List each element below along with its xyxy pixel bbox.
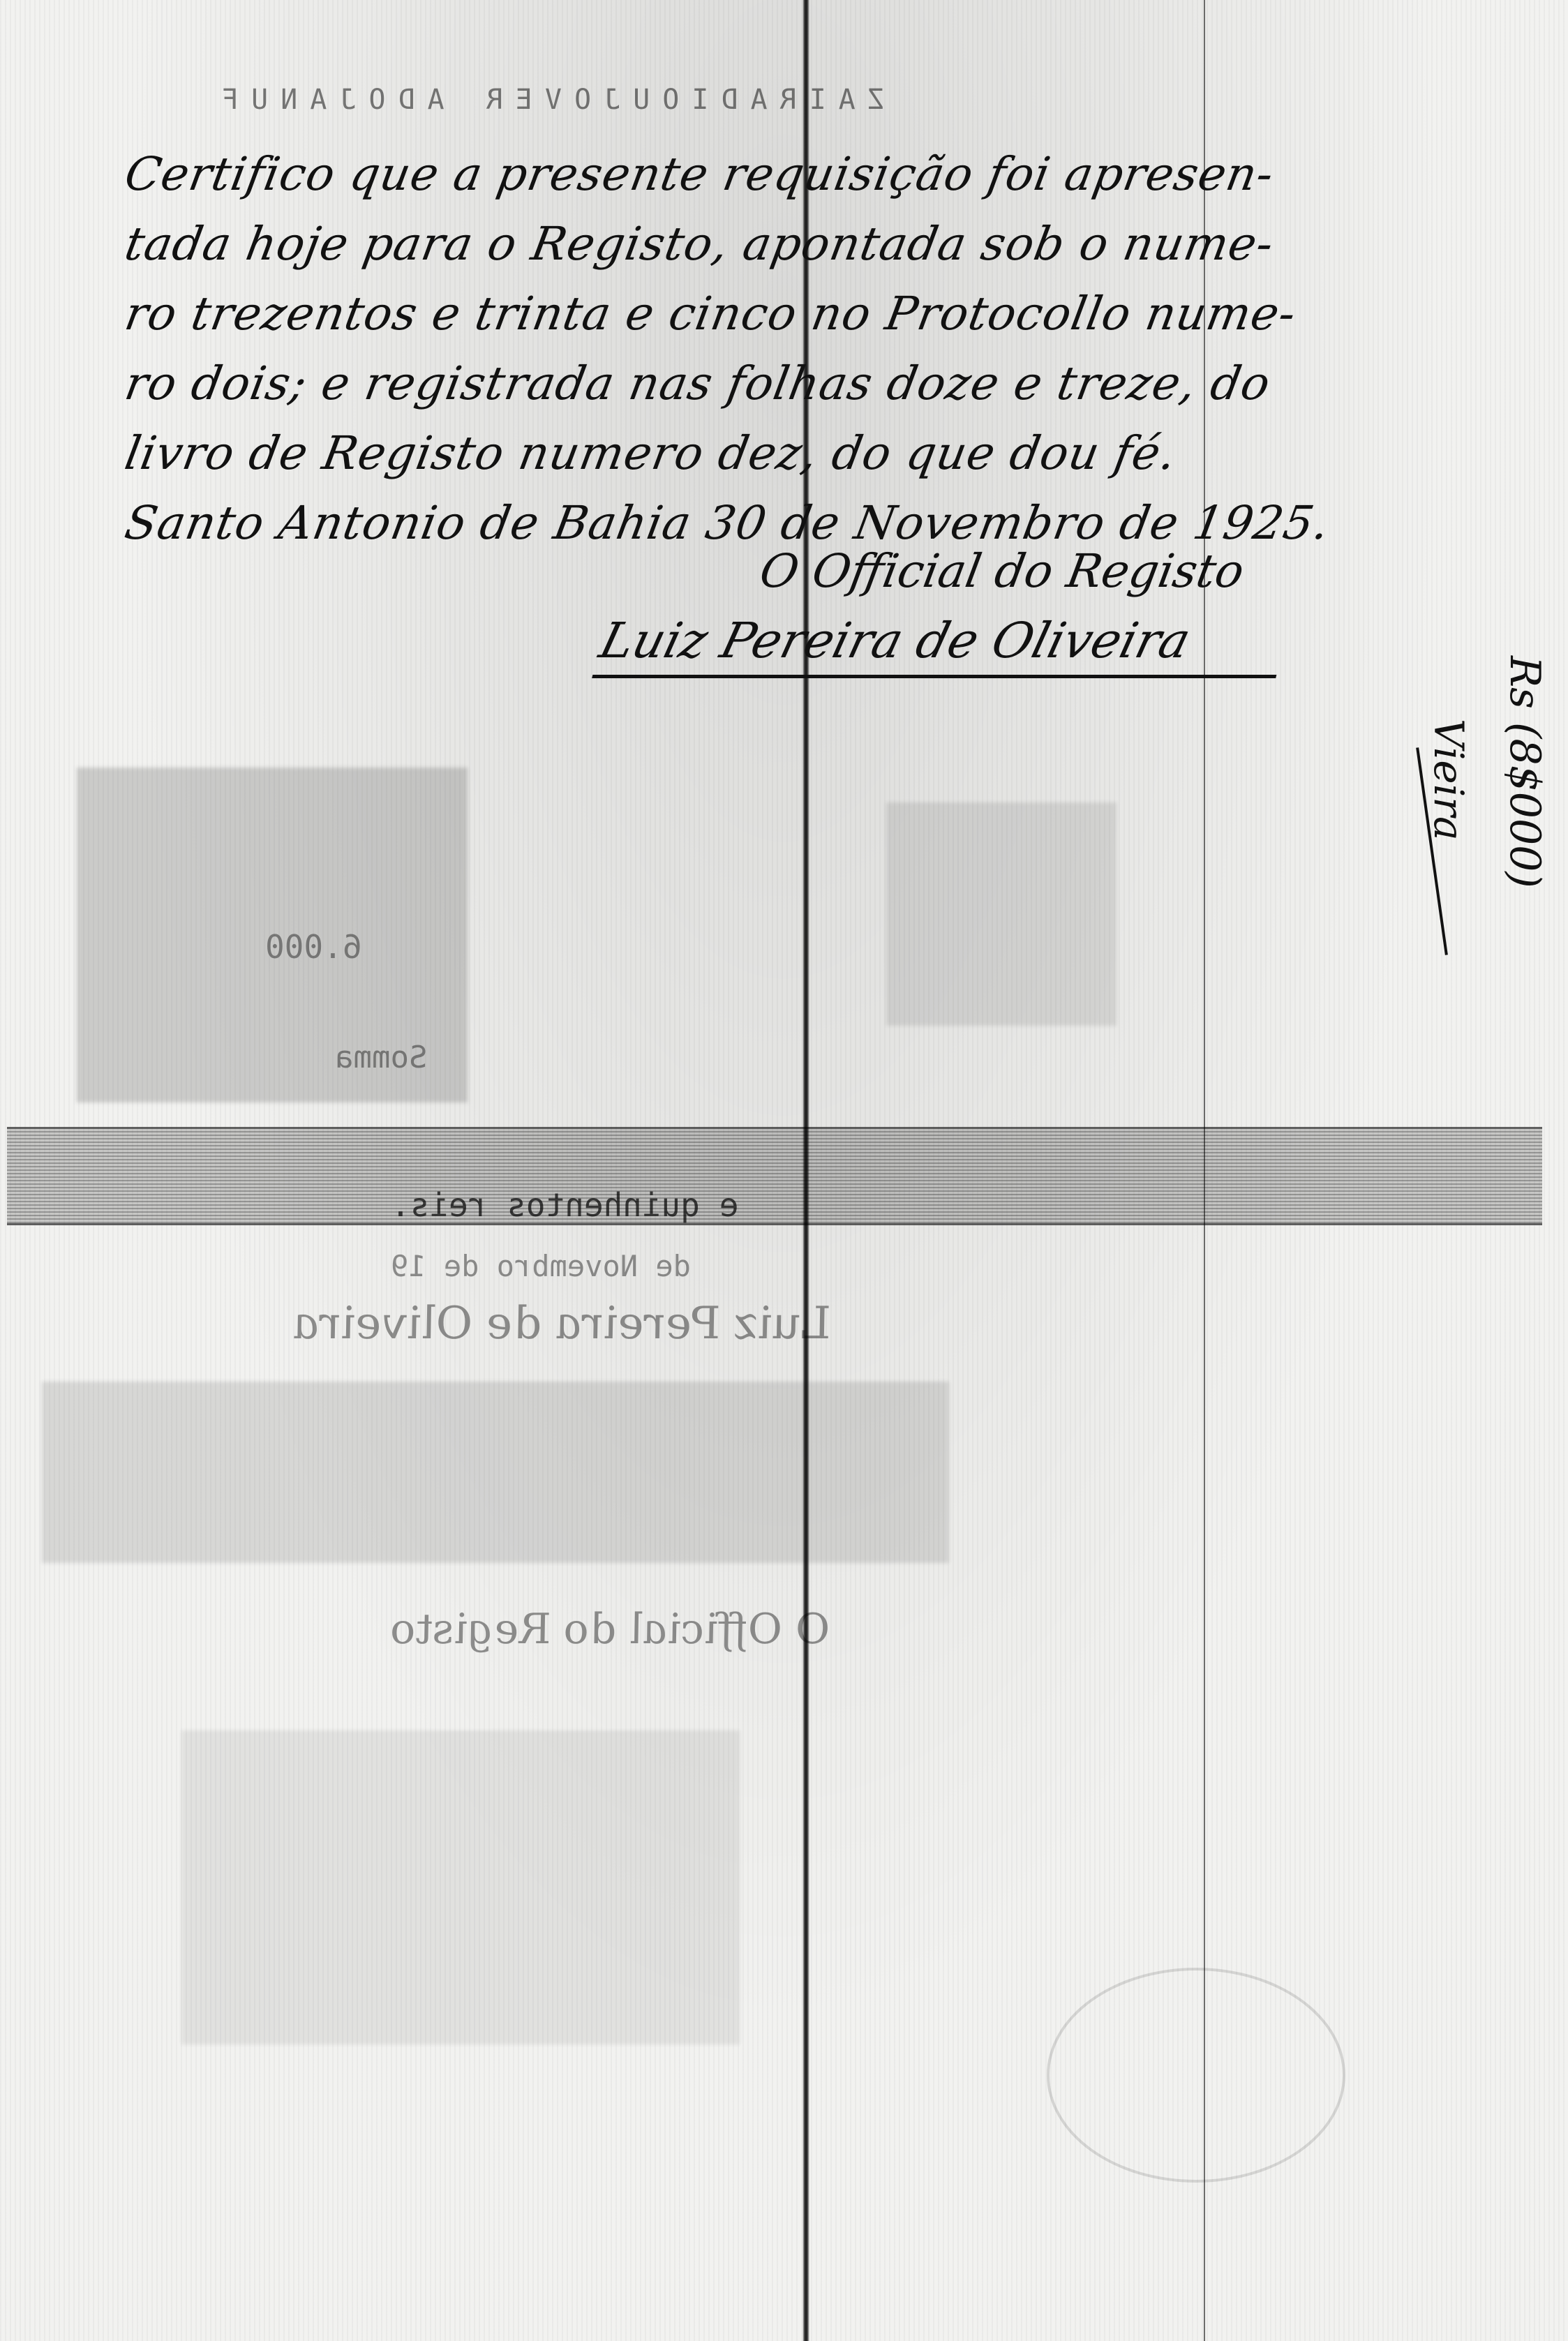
ghost-typed-total-words: e quinhentos reis.	[391, 1186, 739, 1224]
ghost-header-bleed-through: ZAIRADIOUJOVER ADOJANUF	[209, 84, 885, 116]
certificate-text: Certifico que a presente requisição foi …	[126, 140, 1486, 558]
certificate-line-5: livro de Registo numero dez, do que dou …	[119, 419, 1493, 488]
ghost-signature-2: O Official do Registo	[386, 1605, 835, 1654]
official-signature: Luiz Pereira de Oliveira	[592, 612, 1292, 678]
certificate-line-1: Certifico que a presente requisição foi …	[119, 140, 1493, 209]
margin-note: Rs (8$000) Vieira	[1389, 642, 1568, 935]
certificate-line-2: tada hoje para o Registo, apontada sob o…	[119, 209, 1493, 279]
ghost-signature-1: Luiz Pereira de Oliveira	[288, 1298, 836, 1349]
ghost-block-lower	[42, 1382, 949, 1563]
dark-scan-band	[7, 1127, 1542, 1225]
margin-fee-amount: Rs (8$000)	[1500, 656, 1549, 888]
ghost-block-right	[886, 802, 1117, 1026]
ghost-typed-date: de Novembro de 19	[391, 1249, 691, 1283]
certificate-line-4: ro dois; e registrada nas folhas doze e …	[119, 349, 1493, 419]
official-title: O Official do Registo	[756, 544, 1289, 598]
ghost-stamp	[1047, 1968, 1345, 2183]
ghost-block-bottom	[181, 1730, 740, 2044]
ghost-typed-amount: 6.000	[265, 928, 361, 966]
signature-block: O Official do Registo Luiz Pereira de Ol…	[600, 544, 1284, 678]
scanned-page: ZAIRADIOUJOVER ADOJANUF 6.000 Somma e qu…	[0, 0, 1568, 2341]
certificate-line-3: ro trezentos e trinta e cinco no Protoco…	[119, 279, 1493, 349]
ghost-typed-somma: Somma	[335, 1040, 427, 1075]
margin-signature: Vieira	[1425, 719, 1472, 841]
